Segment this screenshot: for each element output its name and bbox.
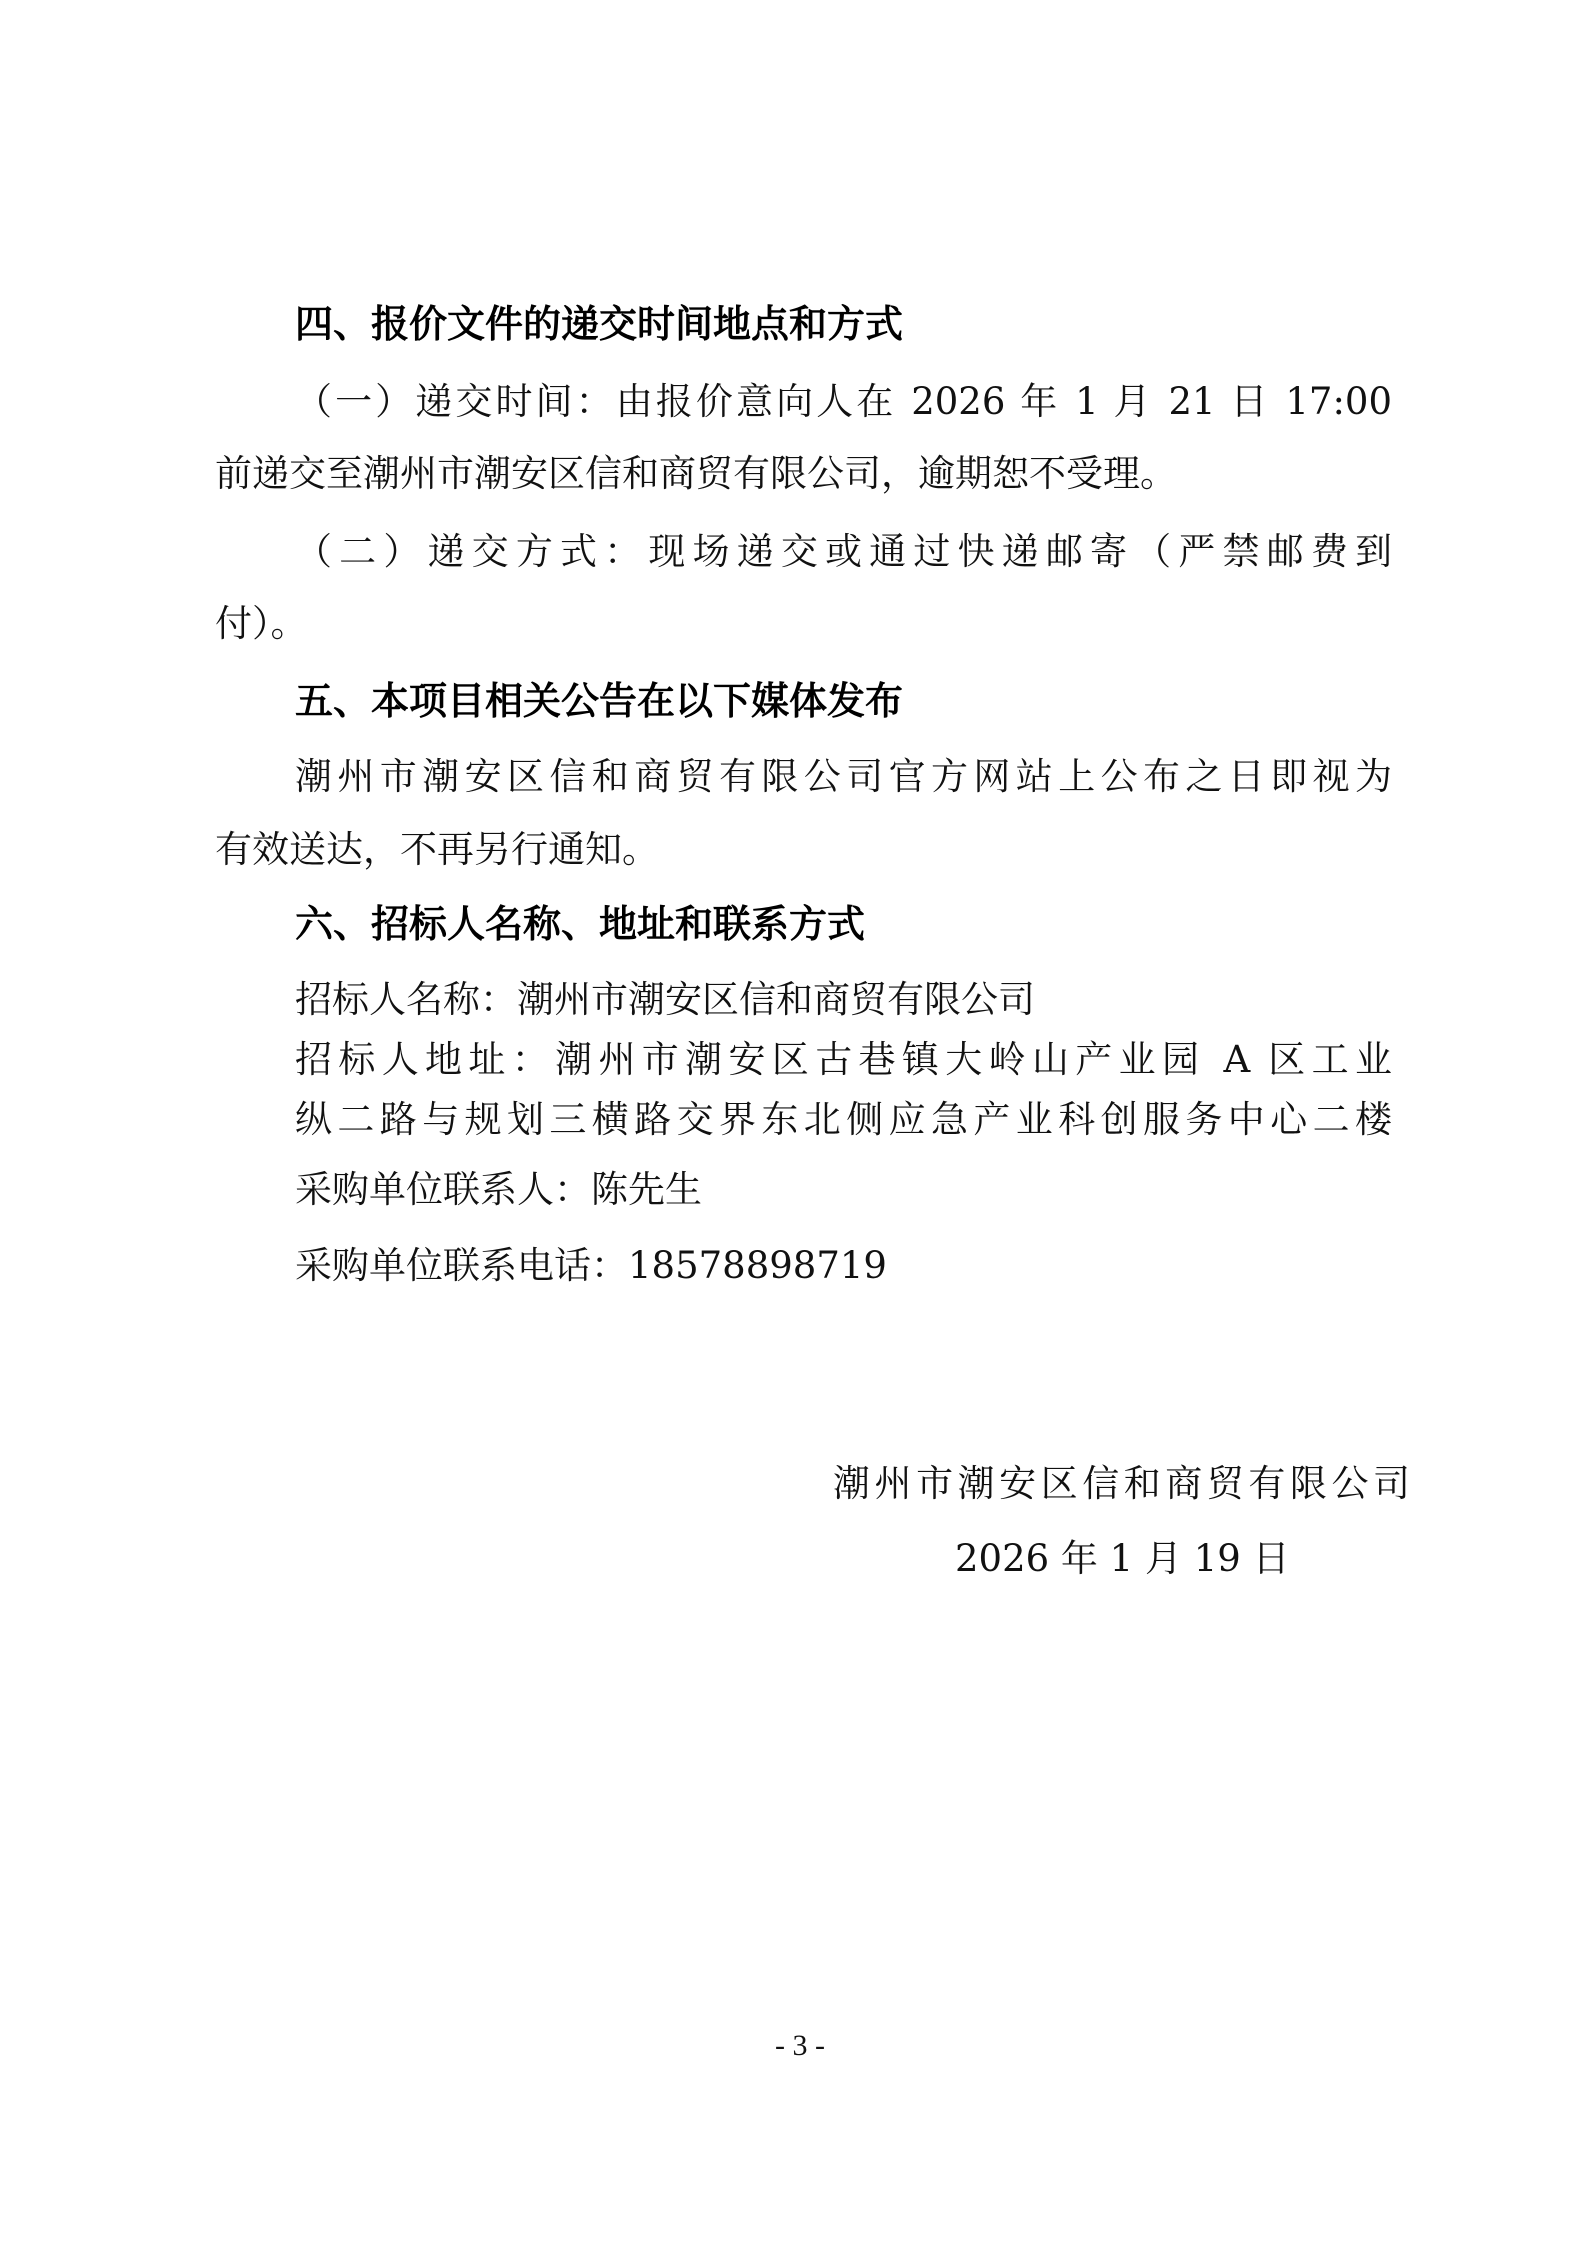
contact-address-line2: 纵二路与规划三横路交界东北侧应急产业科创服务中心二楼 bbox=[295, 1096, 1392, 1144]
contact-address-line1: 招标人地址：潮州市潮安区古巷镇大岭山产业园 A 区工业 bbox=[295, 1036, 1392, 1084]
paragraph-submission-time-line2: 前递交至潮州市潮安区信和商贸有限公司，逾期恕不受理。 bbox=[215, 450, 1177, 498]
signature-company: 潮州市潮安区信和商贸有限公司 bbox=[833, 1460, 1410, 1508]
page-number: - 3 - bbox=[0, 2022, 1587, 2070]
section-heading-6: 六、招标人名称、地址和联系方式 bbox=[295, 900, 865, 948]
paragraph-media-line2: 有效送达，不再另行通知。 bbox=[215, 826, 659, 874]
section-heading-5: 五、本项目相关公告在以下媒体发布 bbox=[295, 677, 903, 725]
contact-name-line: 招标人名称：潮州市潮安区信和商贸有限公司 bbox=[295, 976, 1035, 1024]
contact-person-line: 采购单位联系人：陈先生 bbox=[295, 1166, 702, 1214]
paragraph-submission-time-line1: （一）递交时间：由报价意向人在 2026 年 1 月 21 日 17:00 bbox=[295, 378, 1392, 426]
section-heading-4: 四、报价文件的递交时间地点和方式 bbox=[295, 300, 903, 348]
contact-phone-line: 采购单位联系电话：18578898719 bbox=[295, 1242, 887, 1290]
document-page: 四、报价文件的递交时间地点和方式 （一）递交时间：由报价意向人在 2026 年 … bbox=[0, 0, 1587, 2245]
paragraph-media-line1: 潮州市潮安区信和商贸有限公司官方网站上公布之日即视为 bbox=[295, 753, 1392, 801]
paragraph-submission-method-line1: （二）递交方式：现场递交或通过快递邮寄（严禁邮费到 bbox=[215, 528, 1392, 576]
signature-date: 2026 年 1 月 19 日 bbox=[955, 1535, 1290, 1583]
paragraph-submission-method-line2: 付）。 bbox=[215, 600, 308, 648]
